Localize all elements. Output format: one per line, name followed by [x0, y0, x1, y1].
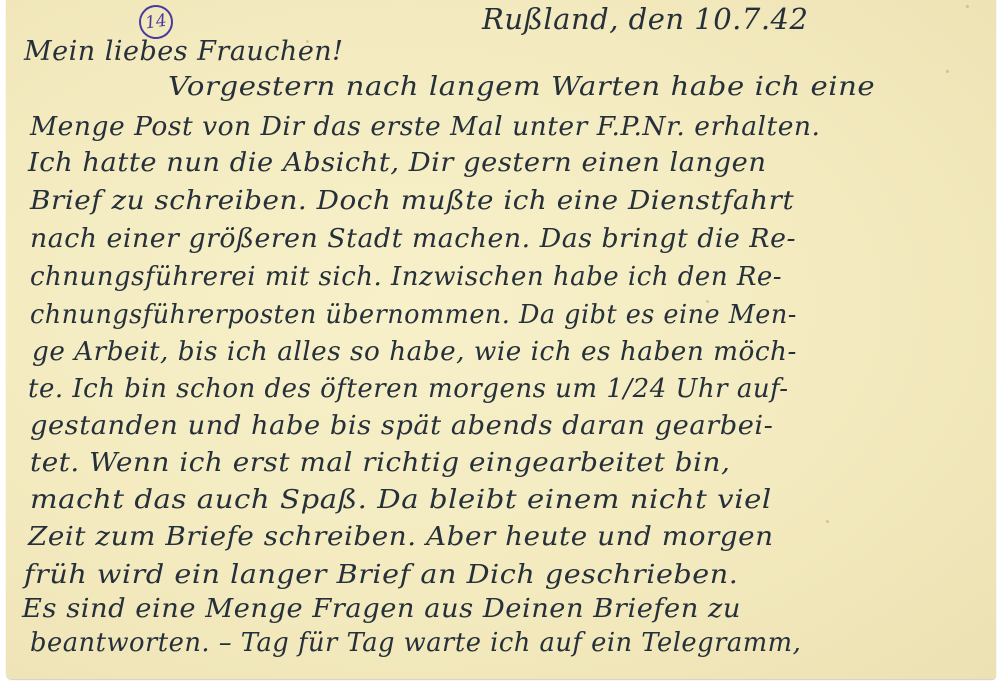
letter-line-2: Menge Post von Dir das erste Mal unter F… [30, 112, 820, 142]
letter-line-9: te. Ich bin schon des öfteren morgens um… [28, 374, 789, 404]
letter-line-10: gestanden und habe bis spät abends daran… [30, 411, 773, 441]
letter-line-1: Vorgestern nach langem Warten habe ich e… [168, 72, 875, 102]
letter-line-5: nach einer größeren Stadt machen. Das br… [30, 224, 796, 254]
paper-speck [826, 520, 829, 523]
place-date-line: Rußland, den 10.7.42 [482, 2, 808, 36]
letter-line-11: tet. Wenn ich erst mal richtig eingearbe… [30, 448, 730, 478]
letter-line-15: Es sind eine Menge Fragen aus Deinen Bri… [22, 594, 741, 624]
letter-line-6: chnungsführerei mit sich. Inzwischen hab… [30, 262, 782, 292]
paper-speck [966, 5, 969, 8]
letter-line-3: Ich hatte nun die Absicht, Dir gestern e… [28, 148, 766, 178]
paper-speck [946, 70, 949, 73]
letter-line-12: macht das auch Spaß. Da bleibt einem nic… [30, 485, 772, 515]
letter-line-8: ge Arbeit, bis ich alles so habe, wie ic… [32, 337, 797, 367]
letter-line-13: Zeit zum Briefe schreiben. Aber heute un… [28, 522, 774, 552]
letter-line-14: früh wird ein langer Brief an Dich gesch… [24, 560, 738, 590]
letter-line-7: chnungsführerposten übernommen. Da gibt … [30, 300, 797, 330]
letter-line-16: beantworten. – Tag für Tag warte ich auf… [30, 628, 801, 658]
letter-line-4: Brief zu schreiben. Doch mußte ich eine … [30, 186, 794, 216]
salutation: Mein liebes Frauchen! [24, 36, 344, 67]
